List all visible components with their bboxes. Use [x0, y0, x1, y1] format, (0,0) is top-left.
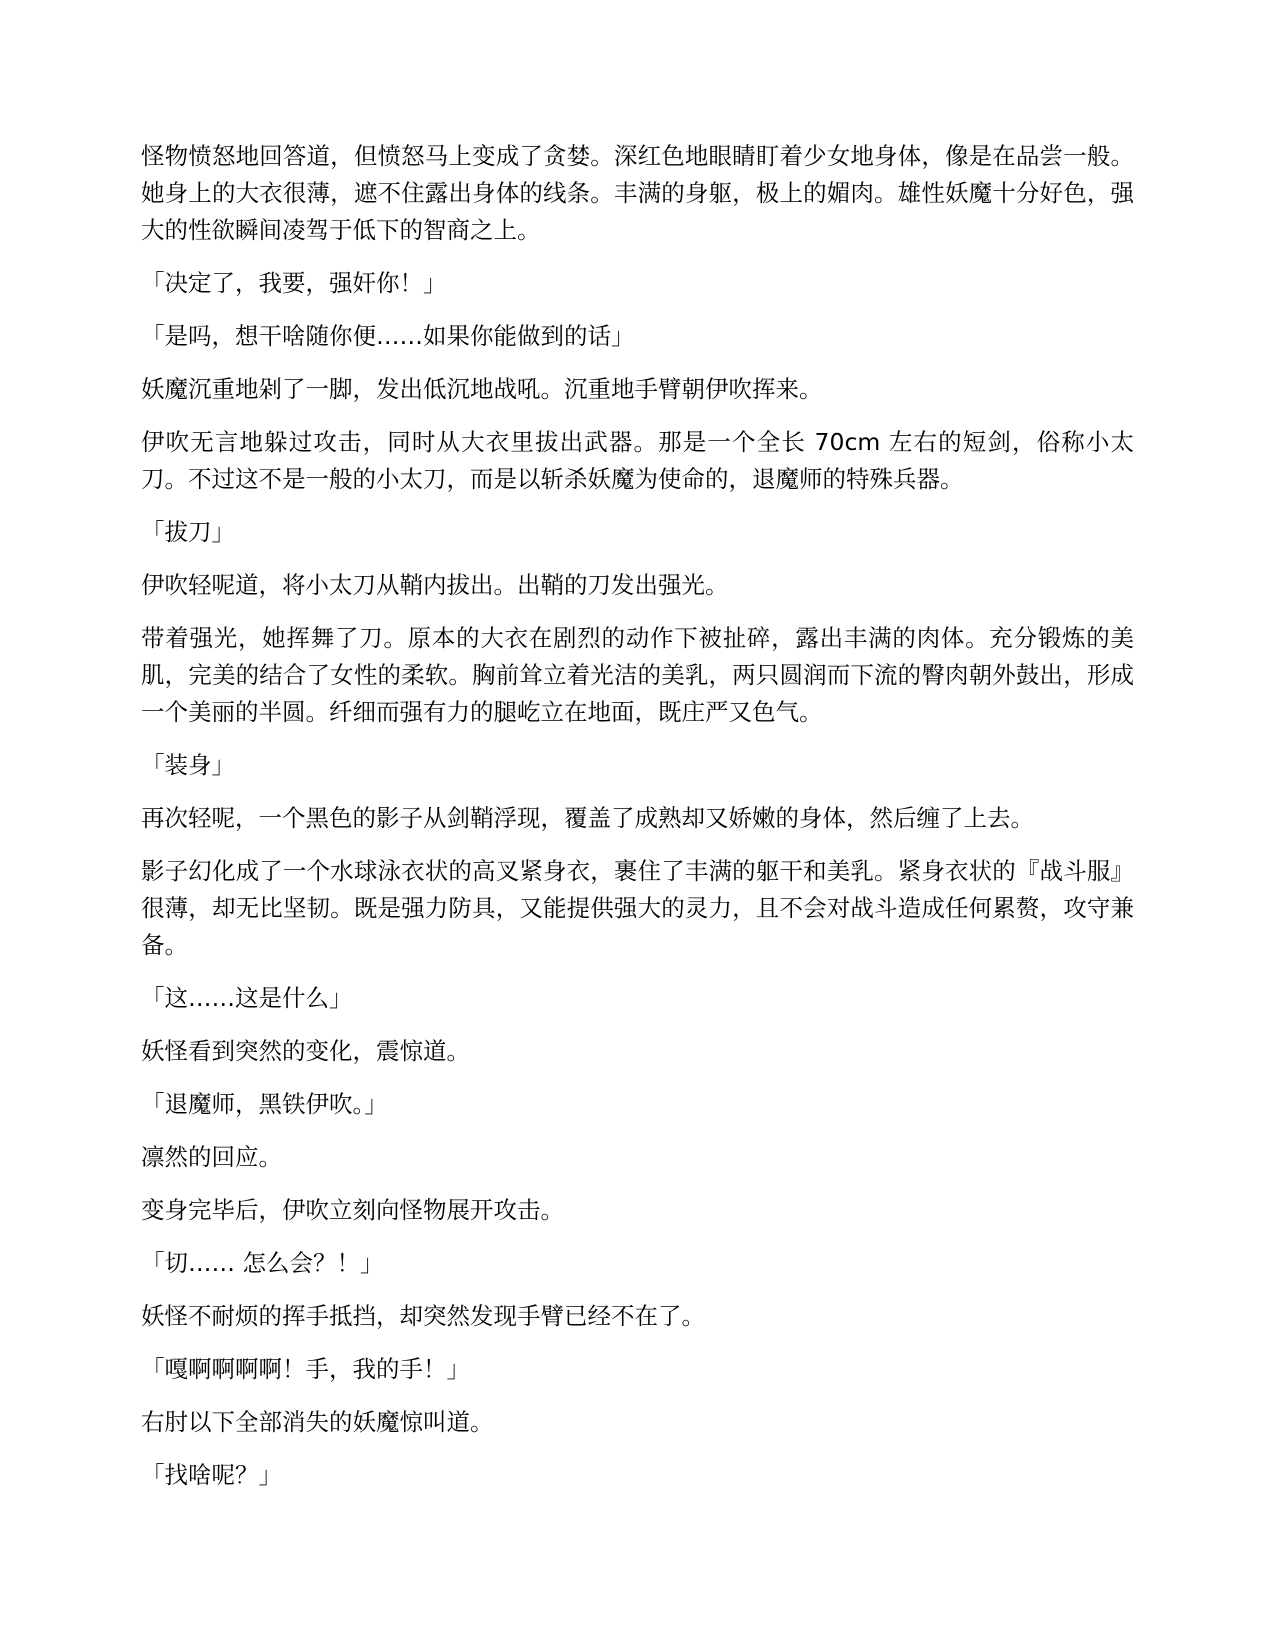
narration-paragraph: 妖怪不耐烦的挥手抵挡，却突然发现手臂已经不在了。 [141, 1298, 1134, 1335]
text-column: 怪物愤怒地回答道，但愤怒马上变成了贪婪。深红色地眼睛盯着少女地身体，像是在品尝一… [141, 138, 1134, 1510]
narration-paragraph: 凛然的回应。 [141, 1139, 1134, 1176]
dialogue-paragraph: 「这……这是什么」 [141, 980, 1134, 1017]
dialogue-paragraph: 「装身」 [141, 747, 1134, 784]
narration-paragraph: 妖怪看到突然的变化，震惊道。 [141, 1033, 1134, 1070]
dialogue-paragraph: 「拔刀」 [141, 514, 1134, 551]
narration-paragraph: 再次轻呢，一个黑色的影子从剑鞘浮现，覆盖了成熟却又娇嫩的身体，然后缠了上去。 [141, 800, 1134, 837]
dialogue-paragraph: 「决定了，我要，强奸你！」 [141, 265, 1134, 302]
narration-paragraph: 伊吹轻呢道，将小太刀从鞘内拔出。出鞘的刀发出强光。 [141, 567, 1134, 604]
dialogue-paragraph: 「切…… 怎么会？！」 [141, 1245, 1134, 1282]
dialogue-paragraph: 「是吗，想干啥随你便……如果你能做到的话」 [141, 318, 1134, 355]
narration-paragraph: 变身完毕后，伊吹立刻向怪物展开攻击。 [141, 1192, 1134, 1229]
dialogue-paragraph: 「退魔师，黑铁伊吹。」 [141, 1086, 1134, 1123]
narration-paragraph: 妖魔沉重地剁了一脚，发出低沉地战吼。沉重地手臂朝伊吹挥来。 [141, 371, 1134, 408]
document-page: 怪物愤怒地回答道，但愤怒马上变成了贪婪。深红色地眼睛盯着少女地身体，像是在品尝一… [0, 0, 1275, 1650]
narration-paragraph: 带着强光，她挥舞了刀。原本的大衣在剧烈的动作下被扯碎，露出丰满的肉体。充分锻炼的… [141, 620, 1134, 731]
narration-paragraph: 右肘以下全部消失的妖魔惊叫道。 [141, 1404, 1134, 1441]
narration-paragraph: 怪物愤怒地回答道，但愤怒马上变成了贪婪。深红色地眼睛盯着少女地身体，像是在品尝一… [141, 138, 1134, 249]
dialogue-paragraph: 「找啥呢？」 [141, 1457, 1134, 1494]
narration-paragraph: 影子幻化成了一个水球泳衣状的高叉紧身衣，裹住了丰满的躯干和美乳。紧身衣状的『战斗… [141, 853, 1134, 964]
narration-paragraph: 伊吹无言地躲过攻击，同时从大衣里拔出武器。那是一个全长 70cm 左右的短剑，俗… [141, 424, 1134, 498]
dialogue-paragraph: 「嘎啊啊啊啊！手，我的手！」 [141, 1351, 1134, 1388]
